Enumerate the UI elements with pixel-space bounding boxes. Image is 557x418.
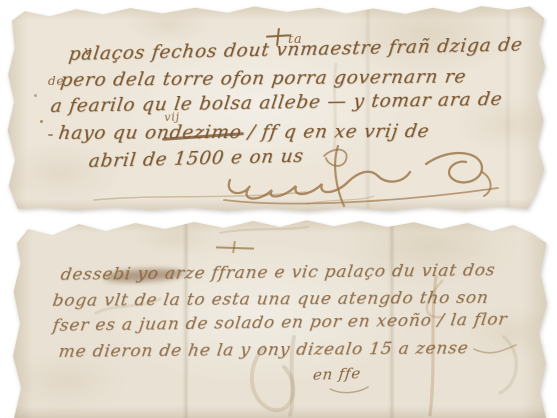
fold-crease [364, 4, 371, 211]
fold-crease [182, 217, 189, 418]
handwritten-line: me dieron de he la y ony dizealo 15 a ze… [57, 338, 470, 362]
ink-speck [40, 120, 43, 123]
margin-mark: de [48, 74, 64, 88]
closing-mark: en ffe [312, 364, 362, 384]
margin-mark: v [84, 44, 92, 59]
handwritten-line: a fearilo qu le bolsa allebe — y tomar a… [49, 89, 503, 117]
insertion-cross-icon [216, 241, 254, 253]
insertion-mark: ta [288, 32, 303, 47]
interline-correction: vij [164, 110, 180, 124]
ink-speck [34, 94, 37, 97]
handwritten-line: dessebi yo arze ffrane e vic palaço du v… [59, 260, 496, 285]
signature-rubric [220, 144, 510, 210]
upper-manuscript: ta v de palaços fechos dout vnmaestre fr… [6, 4, 546, 211]
handwritten-line: pero dela torre ofon porra governarn re [59, 66, 467, 91]
lower-manuscript: dessebi yo arze ffrane e vic palaço du v… [12, 217, 548, 418]
handwritten-line: hayo qu ondezimo / ff q en xe vrij de [57, 121, 431, 144]
fold-crease [504, 4, 511, 211]
handwritten-line: boga vlt de la to esta una que atengdo t… [51, 288, 490, 311]
ink-bleedthrough-marks [12, 217, 548, 418]
upper-manuscript-paper: ta v de palaços fechos dout vnmaestre fr… [6, 4, 546, 211]
manuscripts-photo: ta v de palaços fechos dout vnmaestre fr… [0, 0, 557, 418]
lower-manuscript-paper: dessebi yo arze ffrane e vic palaço du v… [12, 217, 548, 418]
ink-bleedthrough-marks [6, 4, 546, 211]
ink-smudge [104, 267, 185, 284]
handwritten-line: abril de 1500 e on us [88, 146, 305, 172]
strikethrough-mark [162, 132, 244, 141]
handwritten-line: fser es a juan de solado en por en xeoño… [51, 310, 508, 336]
insertion-cross-icon [270, 28, 286, 46]
handwritten-line: palaços fechos dout vnmaestre frañ dziga… [67, 34, 523, 65]
ink-speck [48, 134, 53, 136]
fold-crease [388, 217, 395, 418]
